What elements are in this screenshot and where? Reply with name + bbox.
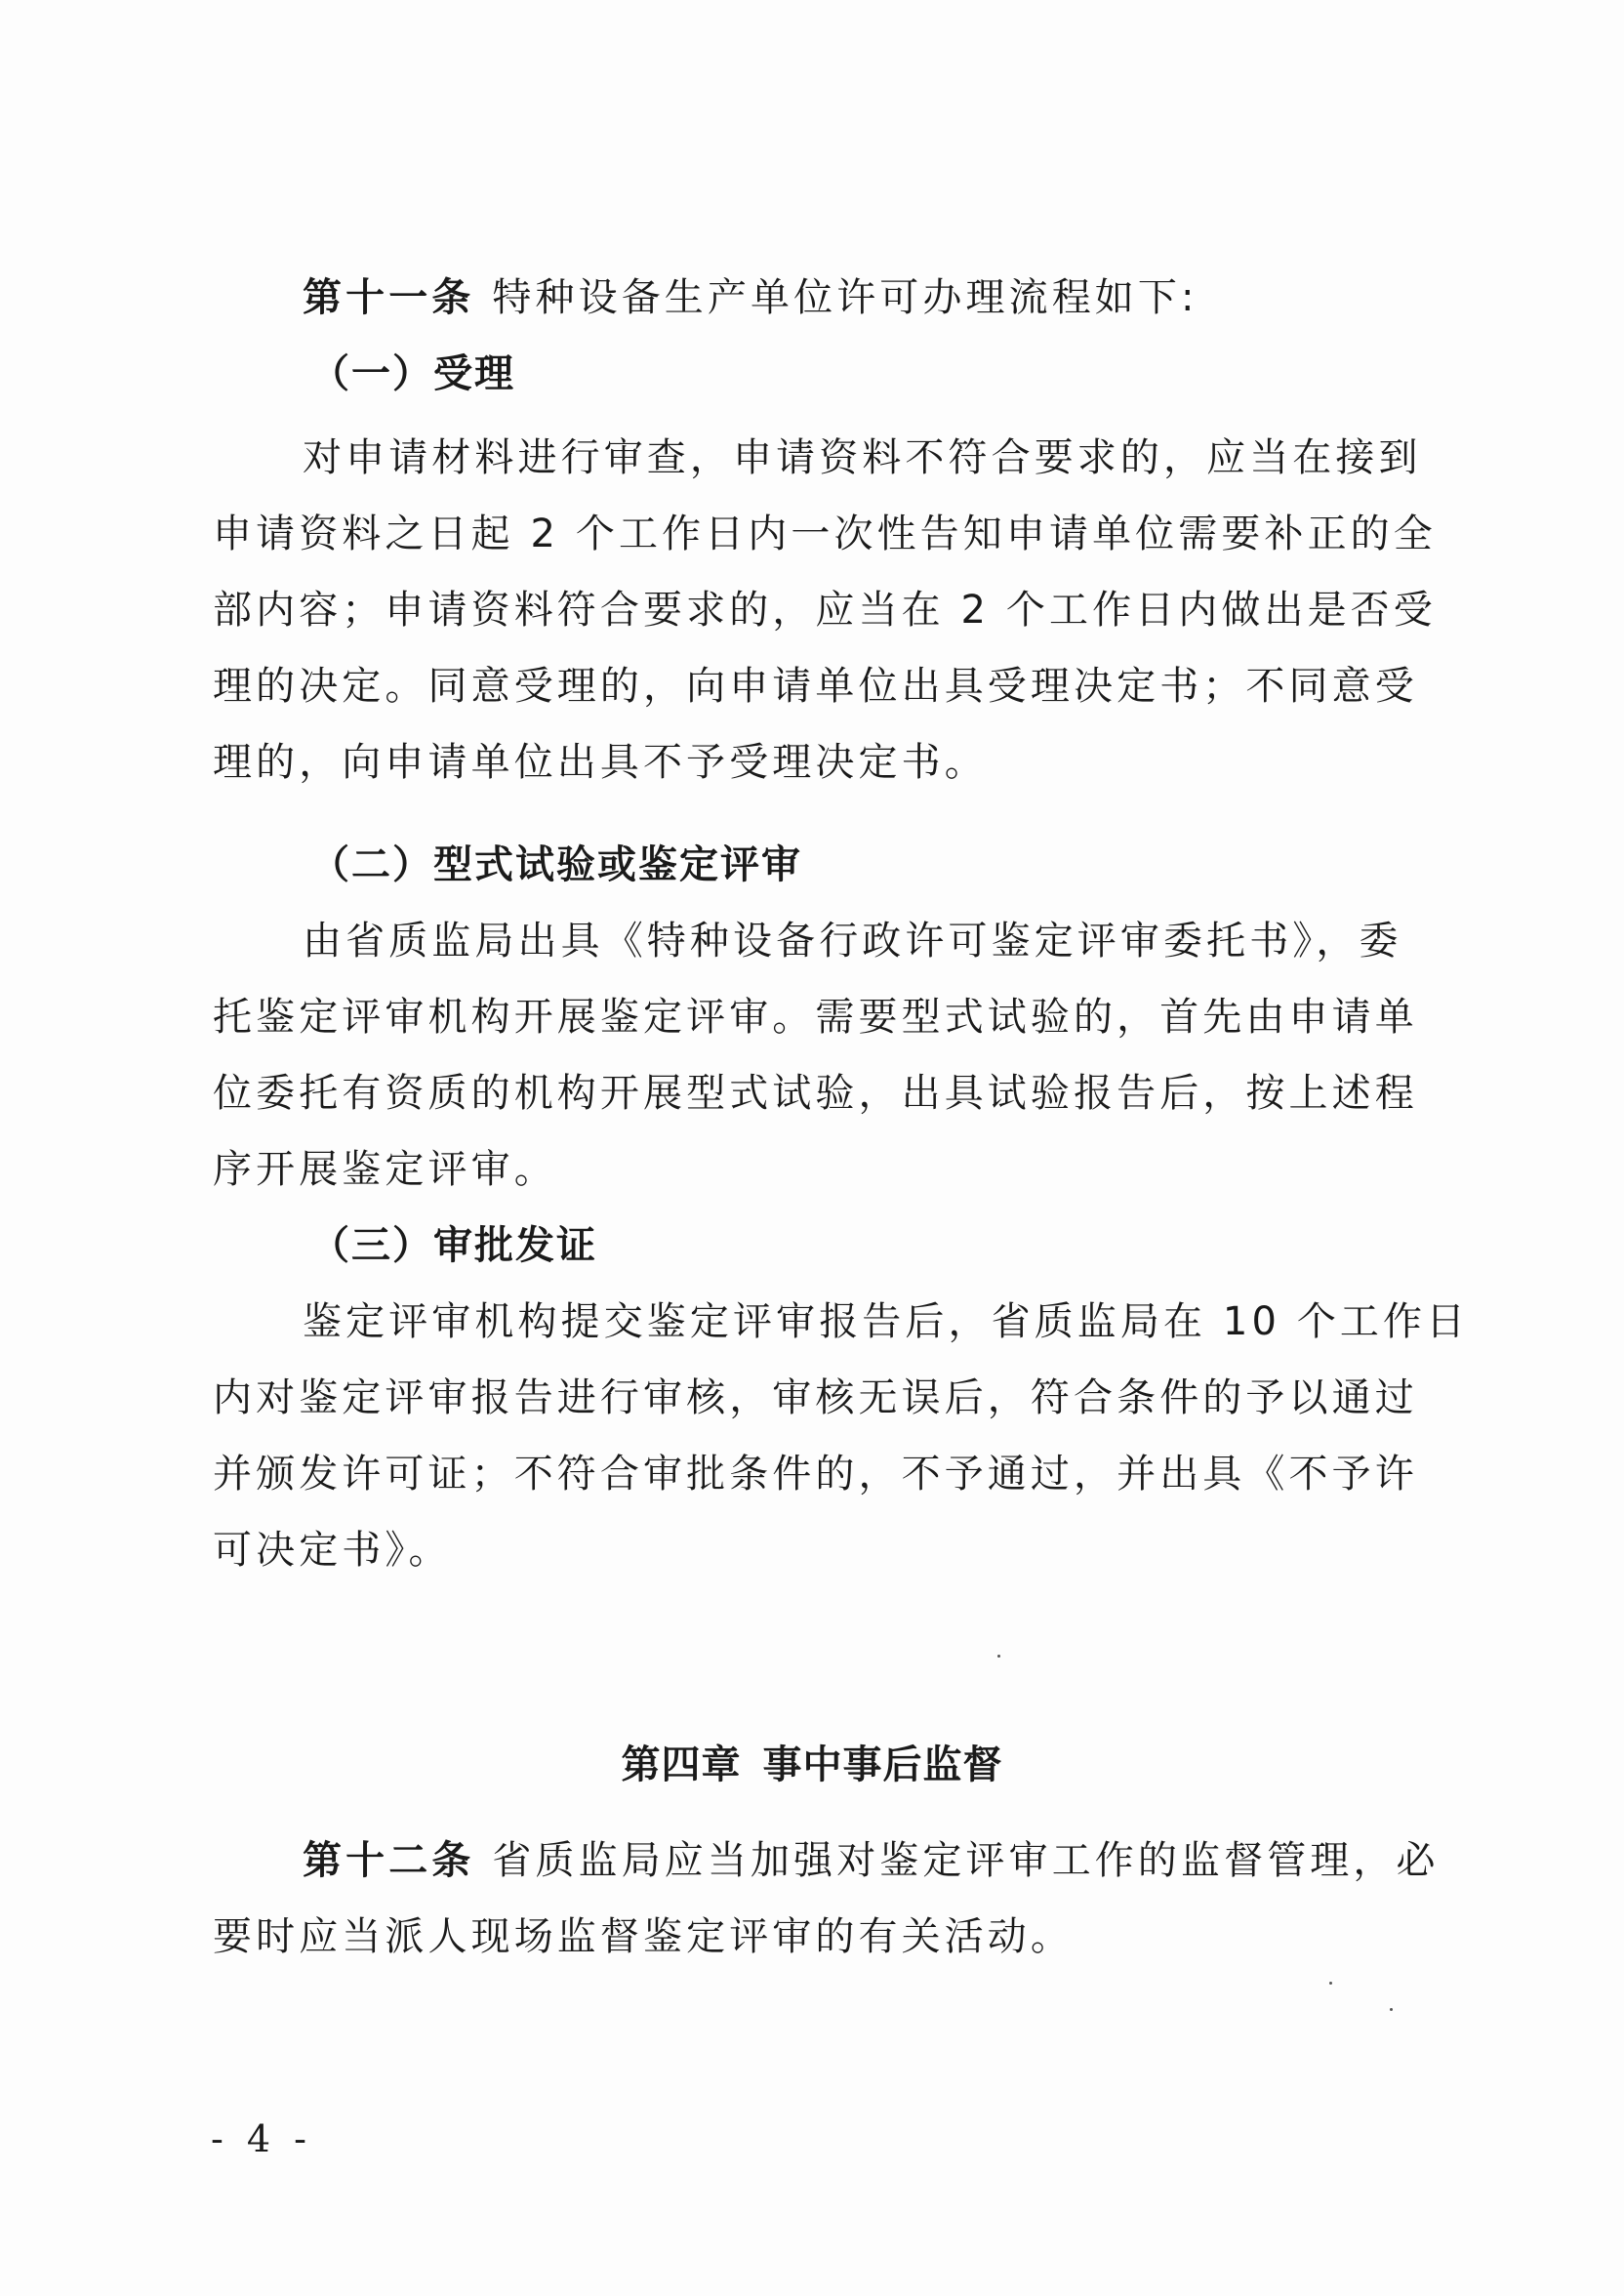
article-12-paragraph: 第十二条省质监局应当加强对鉴定评审工作的监督管理，必	[303, 1833, 1552, 1888]
paragraph-line: 对申请材料进行审查，申请资料不符合要求的，应当在接到	[303, 430, 1552, 485]
article-number: 第十二条	[303, 1838, 474, 1883]
scan-speck	[1390, 2008, 1393, 2011]
paragraph-line: 申请资料之日起 2 个工作日内一次性告知申请单位需要补正的全	[213, 507, 1462, 561]
article-title: 特种设备生产单位许可办理流程如下:	[492, 275, 1198, 320]
paragraph-line: 并颁发许可证；不符合审批条件的，不予通过，并出具《不予许	[213, 1447, 1462, 1501]
paragraph-line: 内对鉴定评审报告进行审核，审核无误后，符合条件的予以通过	[213, 1371, 1462, 1425]
section-heading-acceptance: （一）受理	[310, 347, 1560, 401]
paragraph-line: 鉴定评审机构提交鉴定评审报告后，省质监局在 10 个工作日	[303, 1294, 1552, 1349]
chapter-number: 第四章	[622, 1742, 742, 1787]
paragraph-line: 理的，向申请单位出具不予受理决定书。	[213, 735, 1462, 790]
document-page: 第十一条特种设备生产单位许可办理流程如下: （一）受理 对申请材料进行审查，申请…	[0, 0, 1624, 2296]
paragraph-line: 理的决定。同意受理的，向申请单位出具受理决定书；不同意受	[213, 659, 1462, 714]
scan-speck	[997, 1655, 1000, 1658]
section-heading-type-test: （二）型式试验或鉴定评审	[310, 838, 1560, 892]
paragraph-line: 序开展鉴定评审。	[213, 1142, 1462, 1197]
page-number: - 4 -	[211, 2114, 312, 2163]
article-number: 第十一条	[303, 275, 474, 320]
paragraph-line: 省质监局应当加强对鉴定评审工作的监督管理，必	[492, 1838, 1439, 1883]
paragraph-line: 托鉴定评审机构开展鉴定评审。需要型式试验的，首先由申请单	[213, 990, 1462, 1045]
section-heading-approval: （三）审批发证	[310, 1218, 1560, 1273]
article-11-heading: 第十一条特种设备生产单位许可办理流程如下:	[303, 270, 1552, 325]
paragraph-line: 位委托有资质的机构开展型式试验，出具试验报告后，按上述程	[213, 1066, 1462, 1121]
chapter-title: 事中事后监督	[763, 1742, 1003, 1787]
chapter-heading: 第四章事中事后监督	[0, 1738, 1624, 1792]
paragraph-line: 由省质监局出具《特种设备行政许可鉴定评审委托书》，委	[303, 914, 1552, 968]
paragraph-line: 要时应当派人现场监督鉴定评审的有关活动。	[213, 1909, 1462, 1964]
scan-speck	[1329, 1982, 1332, 1985]
paragraph-line: 部内容；申请资料符合要求的，应当在 2 个工作日内做出是否受	[213, 583, 1462, 637]
paragraph-line: 可决定书》。	[213, 1523, 1462, 1578]
